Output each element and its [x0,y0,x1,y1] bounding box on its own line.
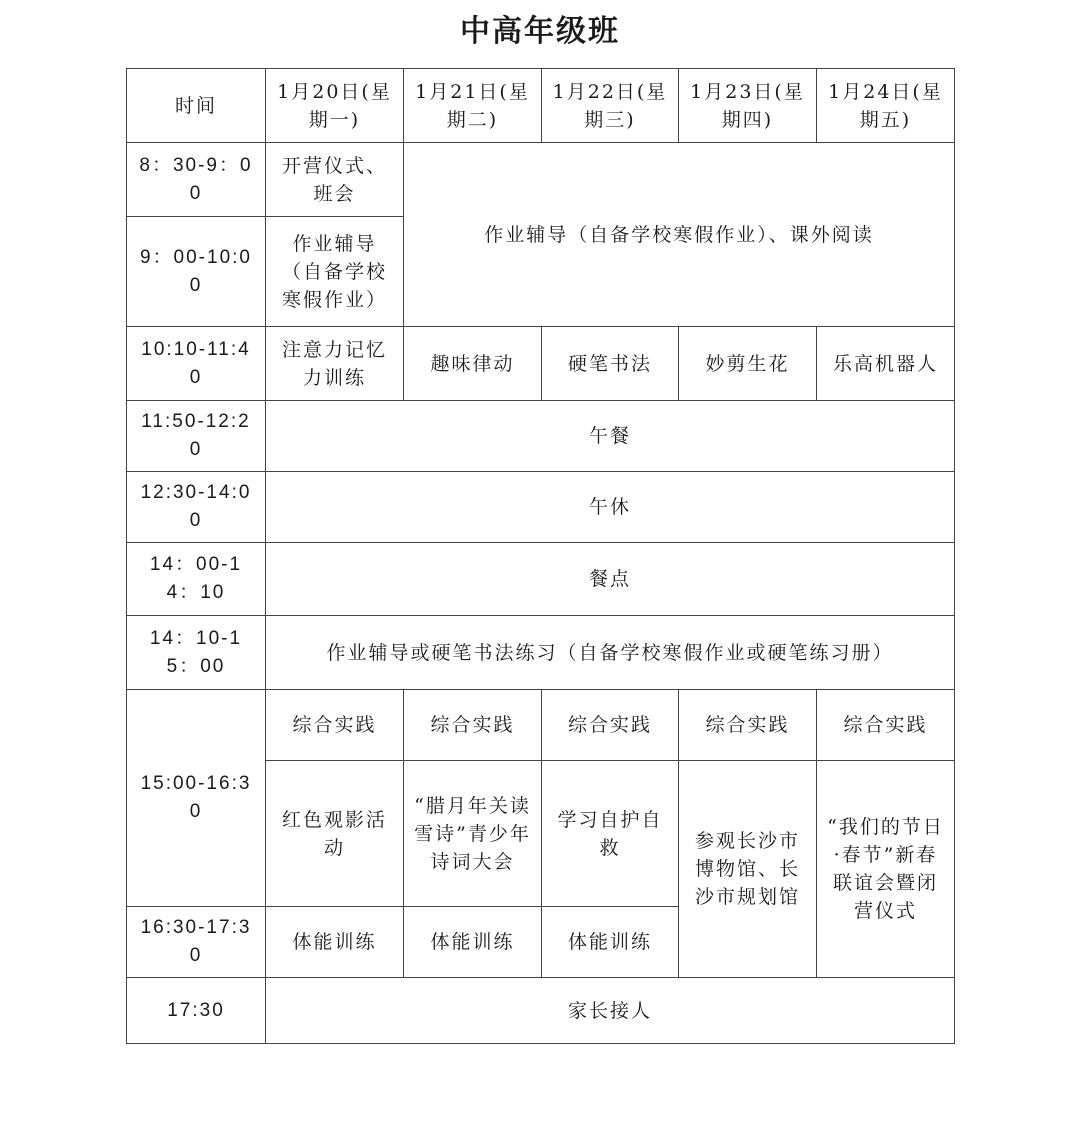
activity-cell: “腊月年关读雪诗”青少年诗词大会 [404,761,542,907]
activity-cell-merged: 作业辅导（自备学校寒假作业）、课外阅读 [404,143,955,327]
activity-cell-merged: 家长接人 [266,978,955,1044]
header-time: 时间 [127,69,266,143]
activity-cell: 妙剪生花 [679,327,817,401]
activity-cell: 乐高机器人 [817,327,955,401]
time-cell: 14：00-14：10 [127,543,266,616]
time-cell: 17:30 [127,978,266,1044]
header-day-tue: 1月21日(星期二) [404,69,542,143]
activity-cell-merged: 午休 [266,472,955,543]
header-day-thu: 1月23日(星期四) [679,69,817,143]
header-row: 时间 1月20日(星期一) 1月21日(星期二) 1月22日(星期三) 1月23… [127,69,955,143]
page-title: 中高年级班 [0,10,1080,54]
category-cell: 综合实践 [817,690,955,761]
activity-cell: 注意力记忆力训练 [266,327,404,401]
header-day-mon: 1月20日(星期一) [266,69,404,143]
table-row: 8：30-9：00 开营仪式、班会 作业辅导（自备学校寒假作业）、课外阅读 [127,143,955,217]
time-cell: 12:30-14:00 [127,472,266,543]
time-cell: 11:50-12:20 [127,401,266,472]
time-cell: 16:30-17:30 [127,907,266,978]
time-cell: 14：10-15：00 [127,616,266,690]
activity-cell: 体能训练 [404,907,542,978]
table-row: 15:00-16:30 综合实践 综合实践 综合实践 综合实践 综合实践 [127,690,955,761]
table-row: 11:50-12:20 午餐 [127,401,955,472]
activity-cell-merged: 午餐 [266,401,955,472]
activity-cell: 趣味律动 [404,327,542,401]
table-row: 10:10-11:40 注意力记忆力训练 趣味律动 硬笔书法 妙剪生花 乐高机器… [127,327,955,401]
activity-cell: “我们的节日·春节”新春联谊会暨闭营仪式 [817,761,955,978]
activity-cell: 开营仪式、班会 [266,143,404,217]
activity-cell-merged: 餐点 [266,543,955,616]
activity-cell: 学习自护自救 [542,761,679,907]
time-cell: 9：00-10:00 [127,217,266,327]
category-cell: 综合实践 [404,690,542,761]
activity-cell: 硬笔书法 [542,327,679,401]
activity-cell: 作业辅导（自备学校寒假作业） [266,217,404,327]
activity-cell: 参观长沙市博物馆、长沙市规划馆 [679,761,817,978]
time-cell: 10:10-11:40 [127,327,266,401]
activity-cell: 红色观影活动 [266,761,404,907]
time-cell: 15:00-16:30 [127,690,266,907]
table-row: 14：10-15：00 作业辅导或硬笔书法练习（自备学校寒假作业或硬笔练习册） [127,616,955,690]
category-cell: 综合实践 [679,690,817,761]
table-row: 17:30 家长接人 [127,978,955,1044]
category-cell: 综合实践 [266,690,404,761]
table-row: 12:30-14:00 午休 [127,472,955,543]
header-day-fri: 1月24日(星期五) [817,69,955,143]
activity-cell: 体能训练 [542,907,679,978]
time-cell: 8：30-9：00 [127,143,266,217]
schedule-table: 时间 1月20日(星期一) 1月21日(星期二) 1月22日(星期三) 1月23… [126,68,955,1044]
activity-cell-merged: 作业辅导或硬笔书法练习（自备学校寒假作业或硬笔练习册） [266,616,955,690]
header-day-wed: 1月22日(星期三) [542,69,679,143]
table-row: 14：00-14：10 餐点 [127,543,955,616]
activity-cell: 体能训练 [266,907,404,978]
category-cell: 综合实践 [542,690,679,761]
